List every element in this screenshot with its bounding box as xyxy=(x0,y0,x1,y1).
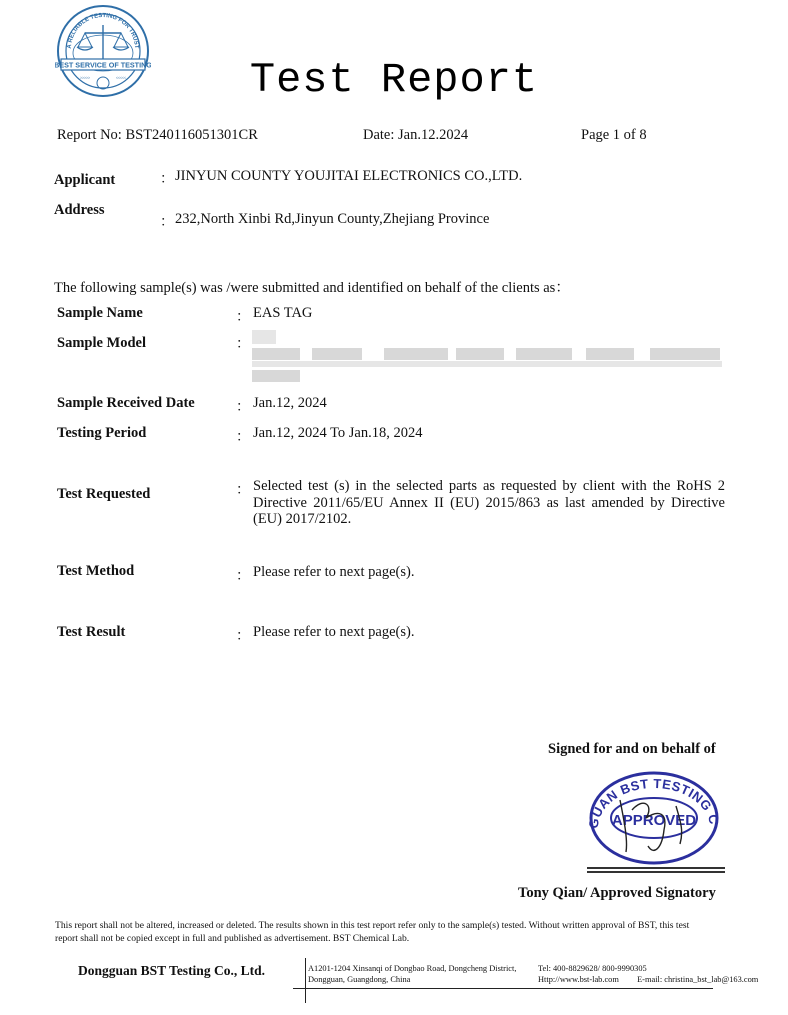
disclaimer-line: This report shall not be altered, increa… xyxy=(55,920,755,933)
colon: ： xyxy=(236,565,250,585)
test-requested-line: (EU) 2017/2102. xyxy=(253,511,725,528)
test-method-label: Test Method xyxy=(57,563,134,580)
colon: ： xyxy=(236,479,250,499)
colon: ： xyxy=(236,625,250,645)
testing-period-label: Testing Period xyxy=(57,425,146,442)
test-result-label: Test Result xyxy=(57,624,125,641)
test-requested-line: Selected test (s) in the selected parts … xyxy=(253,478,725,495)
applicant-label: Applicant xyxy=(54,172,115,189)
approved-stamp: DONGGUAN BST TESTING CO.,LTD APPROVED xyxy=(588,770,720,866)
footer-email-link[interactable]: E-mail: christina_bst_lab@163.com xyxy=(637,975,758,984)
disclaimer-line: report shall not be copied except in ful… xyxy=(55,933,755,946)
page-title: Test Report xyxy=(0,56,788,104)
applicant-value: JINYUN COUNTY YOUJITAI ELECTRONICS CO.,L… xyxy=(175,168,522,185)
signature-line xyxy=(587,871,725,873)
test-requested-value: Selected test (s) in the selected parts … xyxy=(253,478,725,528)
test-method-value: Please refer to next page(s). xyxy=(253,564,414,581)
report-number: Report No: BST240116051301CR xyxy=(57,127,258,144)
test-result-value: Please refer to next page(s). xyxy=(253,624,414,641)
sample-name-value: EAS TAG xyxy=(253,305,312,322)
signed-for-text: Signed for and on behalf of xyxy=(548,741,716,758)
address-label: Address xyxy=(54,202,105,219)
received-date-label: Sample Received Date xyxy=(57,395,195,412)
footer-website-link[interactable]: Http://www.bst-lab.com xyxy=(538,975,619,984)
page-number: Page 1 of 8 xyxy=(581,127,647,144)
colon: ： xyxy=(236,333,250,353)
redacted-sample-model xyxy=(250,330,725,385)
signature-line xyxy=(587,867,725,869)
colon: ： xyxy=(236,396,250,416)
footer-divider-vertical xyxy=(305,958,306,1003)
footer-address-line: Dongguan, Guangdong, China xyxy=(308,974,516,985)
signatory-name: Tony Qian/ Approved Signatory xyxy=(518,885,716,902)
colon: ： xyxy=(160,211,174,231)
footer-contact: Tel: 400-8829628/ 800-9990305 Http://www… xyxy=(538,963,758,985)
sample-name-label: Sample Name xyxy=(57,305,143,322)
approved-stamp-icon: DONGGUAN BST TESTING CO.,LTD APPROVED xyxy=(588,770,720,866)
address-value: 232,North Xinbi Rd,Jinyun County,Zhejian… xyxy=(175,211,489,228)
received-date-value: Jan.12, 2024 xyxy=(253,395,327,412)
footer-address: A1201-1204 Xinsanqi of Dongbao Road, Don… xyxy=(308,963,516,985)
testing-period-value: Jan.12, 2024 To Jan.18, 2024 xyxy=(253,425,423,442)
footer-divider-horizontal xyxy=(293,988,713,989)
colon: ： xyxy=(160,168,174,188)
colon: ： xyxy=(236,306,250,326)
test-requested-line: Directive 2011/65/EU Annex II (EU) 2015/… xyxy=(253,495,725,512)
report-date: Date: Jan.12.2024 xyxy=(363,127,468,144)
intro-text: The following sample(s) was /were submit… xyxy=(54,276,570,297)
test-requested-label: Test Requested xyxy=(57,486,150,503)
sample-model-label: Sample Model xyxy=(57,335,146,352)
disclaimer: This report shall not be altered, increa… xyxy=(55,920,755,945)
footer-tel: Tel: 400-8829628/ 800-9990305 xyxy=(538,963,758,974)
footer-company-name: Dongguan BST Testing Co., Ltd. xyxy=(78,963,265,979)
footer-address-line: A1201-1204 Xinsanqi of Dongbao Road, Don… xyxy=(308,963,516,974)
colon: ： xyxy=(236,426,250,446)
